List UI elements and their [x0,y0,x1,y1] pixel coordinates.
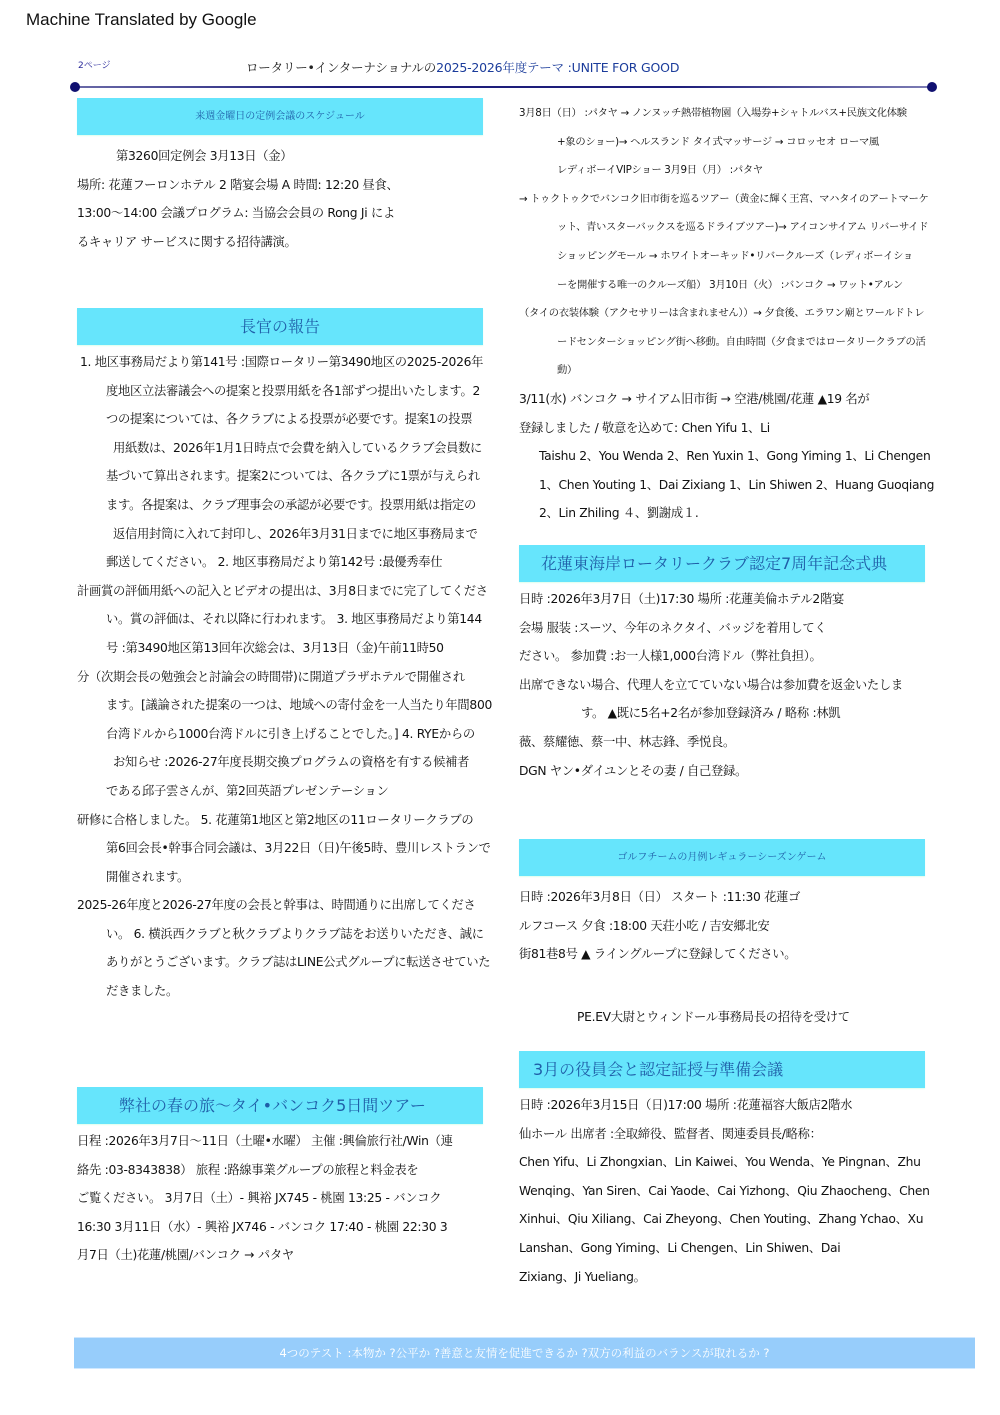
anniversary-line: 出席できない場合、代理人を立てていない場合は参加費を返金いたしま [519,671,925,700]
report-line: ます。[議論された提案の一つは、地域への寄付金を一人当たり年間800 [77,691,483,720]
board-line: Chen Yifu、Li Zhongxian、Lin Kaiwei、You We… [519,1148,925,1177]
anniversary-body: 日時 :2026年3月7日（土)17:30 場所 :花蓮美倫ホテル2階宴 会場 … [519,585,925,785]
divider-dot-right-icon [927,82,937,92]
report-line: 度地区立法審議会への提案と投票用紙を各1部ずつ提出いたします。2 [77,377,483,406]
golf-line: ルフコース 夕食 :18:00 天荘小吃 / 吉安郷北安 [519,912,925,941]
anniversary-line: す。 ▲既に5名+2名が参加登録済み / 略称 :林凱 [519,699,925,728]
itinerary-line: ードセンターショッピング街へ移動。自由時間（夕食まではロータリークラブの活 [519,328,925,357]
trip-line: 絡先 :03-8343838） 旅程 :路線事業グループの旅程と料金表を [77,1156,483,1185]
governor-report-section: 長官の報告 1. 地区事務局だより第141号 :国際ロータリー第3490地区の2… [77,308,483,1006]
itinerary-line: （タイの衣装体験（アクセサリーは含まれません））→ 夕食後、エラワン廟とワールド… [519,299,925,328]
schedule-line: 13:00〜14:00 会議プログラム: 当協会会員の Rong Ji によ [77,199,483,228]
itinerary-line: ーを開催する唯一のクルーズ船） 3月10日（火） :バンコク → ワット•アルン [519,271,925,300]
anniversary-section: 花蓮東海岸ロータリークラブ認定7周年記念式典 日時 :2026年3月7日（土)1… [519,545,925,785]
board-line: 日時 :2026年3月15日（日)17:00 場所 :花蓮福容大飯店2階水 [519,1091,925,1120]
schedule-line: 場所: 花蓮フーロンホテル 2 階宴会場 A 時間: 12:20 昼食、 [77,171,483,200]
schedule-line: 第3260回定例会 3月13日（金） [77,142,483,171]
registration-line: 3/11(水) バンコク → サイアム旧市街 → 空港/桃園/花蓮 ▲19 名が [519,385,925,414]
report-line: 研修に合格しました。 5. 花蓮第1地区と第2地区の11ロータリークラブの [77,806,483,835]
trip-line: ご覧ください。 3月7日（土）- 興裕 JX745 - 桃園 13:25 - バ… [77,1184,483,1213]
registration-line: 登録しました / 敬意を込めて: Chen Yifu 1、Li [519,414,925,443]
governor-report-body: 1. 地区事務局だより第141号 :国際ロータリー第3490地区の2025-20… [77,348,483,1006]
report-line: 返信用封筒に入れて封印し、2026年3月31日までに地区事務局まで [77,520,483,549]
governor-report-banner: 長官の報告 [77,308,483,345]
report-line: お知らせ :2026-27年度長期交換プログラムの資格を有する候補者 [77,748,483,777]
golf-section: ゴルフチームの月例レギュラーシーズンゲーム 日時 :2026年3月8日（日） ス… [519,839,925,1031]
report-line: 号 :第3490地区第13回年次総会は、3月13日（金)午前11時50 [77,634,483,663]
report-line: い。 6. 横浜西クラブと秋クラブよりクラブ誌をお送りいただき、誠に [77,920,483,949]
golf-line: 日時 :2026年3月8日（日） スタート :11:30 花蓮ゴ [519,883,925,912]
report-line: 2025-26年度と2026-27年度の会長と幹事は、時間通りに出席してくださ [77,891,483,920]
report-line: 計画賞の評価用紙への記入とビデオの提出は、3月8日までに完了してくださ [77,577,483,606]
anniversary-banner: 花蓮東海岸ロータリークラブ認定7周年記念式典 [519,545,925,582]
schedule-body: 第3260回定例会 3月13日（金） 場所: 花蓮フーロンホテル 2 階宴会場 … [77,142,483,256]
anniversary-line: ださい。 参加費 :お一人様1,000台湾ドル（弊社負担）。 [519,642,925,671]
theme-prefix: ロータリー•インターナショナルの [246,60,436,75]
report-line: ありがとうございます。クラブ誌はLINE公式グループに転送させていた [77,948,483,977]
itinerary-line: +象のショー)→ ヘルスランド タイ式マッサージ → コロッセオ ローマ風 [519,128,925,157]
itinerary-line: → トゥクトゥクでバンコク旧市街を巡るツアー（黄金に輝く王宮、マハタイのアートマ… [519,185,925,214]
board-meeting-section: 3月の役員会と認定証授与準備会議 日時 :2026年3月15日（日)17:00 … [519,1051,925,1291]
theme-heading: ロータリー•インターナショナルの2025-2026年度テーマ :UNITE FO… [246,58,679,76]
itinerary-line: レディボーイVIPショー 3月9日（月） :パタヤ [519,156,925,185]
report-line: い。賞の評価は、それ以降に行われます。 3. 地区事務局だより第144 [77,605,483,634]
trip-line: 日程 :2026年3月7日〜11日（土曜•水曜） 主催 :興倫旅行社/Win（連 [77,1127,483,1156]
report-line: 郵送してください。 2. 地区事務局だより第142号 :最優秀奉仕 [77,548,483,577]
spring-trip-banner: 弊社の春の旅〜タイ•バンコク5日間ツアー [77,1087,483,1124]
header-divider [75,86,933,88]
report-line: 基づいて算出されます。提案2については、各クラブに1票が与えられ [77,462,483,491]
report-line: 台湾ドルから1000台湾ドルに引き上げることでした。] 4. RYEからの [77,720,483,749]
board-line: Zixiang、Ji Yueliang。 [519,1263,925,1292]
board-line: Lanshan、Gong Yiming、Li Chengen、Lin Shiwe… [519,1234,925,1263]
board-meeting-banner: 3月の役員会と認定証授与準備会議 [519,1051,925,1088]
report-line: ます。各提案は、クラブ理事会の承認が必要です。投票用紙は指定の [77,491,483,520]
report-line: 1. 地区事務局だより第141号 :国際ロータリー第3490地区の2025-20… [77,348,483,377]
schedule-line: るキャリア サービスに関する招待講演。 [77,228,483,257]
report-line: である邱子雲さんが、第2回英語プレゼンテーション [77,777,483,806]
report-line: 用紙数は、2026年1月1日時点で会費を納入しているクラブ会員数に [77,434,483,463]
report-line: つの提案については、各クラブによる投票が必要です。提案1の投票 [77,405,483,434]
report-line: 開催されます。 [77,863,483,892]
board-line: Xinhui、Qiu Xiliang、Cai Zheyong、Chen Yout… [519,1205,925,1234]
trip-line: 16:30 3月11日（水）- 興裕 JX746 - バンコク 17:40 - … [77,1213,483,1242]
golf-body: 日時 :2026年3月8日（日） スタート :11:30 花蓮ゴ ルフコース 夕… [519,883,925,969]
anniversary-line: DGN ヤン•ダイユンとその妻 / 自己登録。 [519,757,925,786]
itinerary-line: 動） [519,356,925,385]
report-line: だきました。 [77,977,483,1006]
anniversary-line: 薇、蔡耀徳、蔡一中、林志鋒、季悦良。 [519,728,925,757]
itinerary-line: 3月8日（日） :パタヤ → ノンヌッチ熱帯植物園（入場券+シャトルバス+民族文… [519,99,925,128]
board-line: 仙ホール 出席者 :全取締役、監督者、関連委員長/略称： [519,1120,925,1149]
report-line: 分（次期会長の勉強会と討論会の時間帯)に開道プラザホテルで開催され [77,663,483,692]
four-way-test-footer: 4つのテスト :本物か ?公平か ?善意と友情を促進できるか ?双方の利益のバラ… [74,1337,975,1369]
golf-banner: ゴルフチームの月例レギュラーシーズンゲーム [519,839,925,876]
schedule-banner: 来週金曜日の定例会議のスケジュール [77,98,483,135]
spring-trip-section: 弊社の春の旅〜タイ•バンコク5日間ツアー 日程 :2026年3月7日〜11日（土… [77,1087,483,1270]
itinerary-line: ショッピングモール → ホワイトオーキッド•リバークルーズ（レディボーイショ [519,242,925,271]
divider-dot-left-icon [70,82,80,92]
board-line: Wenqing、Yan Siren、Cai Yaode、Cai Yizhong、… [519,1177,925,1206]
anniversary-line: 日時 :2026年3月7日（土)17:30 場所 :花蓮美倫ホテル2階宴 [519,585,925,614]
registration-line: 2、Lin Zhiling ４、劉謝成１. [519,499,925,528]
registration-line: Taishu 2、You Wenda 2、Ren Yuxin 1、Gong Yi… [519,442,925,471]
itinerary-section: 3月8日（日） :パタヤ → ノンヌッチ熱帯植物園（入場券+シャトルバス+民族文… [519,99,925,528]
left-column: 来週金曜日の定例会議のスケジュール 第3260回定例会 3月13日（金） 場所:… [77,98,483,256]
itinerary-line: ット、青いスターバックスを巡るドライブツアー)→ アイコンサイアム リバーサイド [519,213,925,242]
spring-trip-body: 日程 :2026年3月7日〜11日（土曜•水曜） 主催 :興倫旅行社/Win（連… [77,1127,483,1270]
report-line: 第6回会長•幹事合同会議は、3月22日（日)午後5時、豊川レストランで [77,834,483,863]
invite-note: PE.EV大尉とウィンドール事務局長の招待を受けて [519,1003,925,1032]
registration-line: 1、Chen Youting 1、Dai Zixiang 1、Lin Shiwe… [519,471,925,500]
page-number: 2ページ [78,58,111,71]
theme-accent: 2025-2026年度テーマ :UNITE FOR GOOD [436,60,679,75]
golf-line: 街81巷8号 ▲ ライングループに登録してください。 [519,940,925,969]
machine-translated-watermark: Machine Translated by Google [26,10,257,30]
trip-line: 月7日（土)花蓮/桃園/バンコク → パタヤ [77,1241,483,1270]
anniversary-line: 会場 服装 :スーツ、今年のネクタイ、バッジを着用してく [519,614,925,643]
board-meeting-body: 日時 :2026年3月15日（日)17:00 場所 :花蓮福容大飯店2階水 仙ホ… [519,1091,925,1291]
